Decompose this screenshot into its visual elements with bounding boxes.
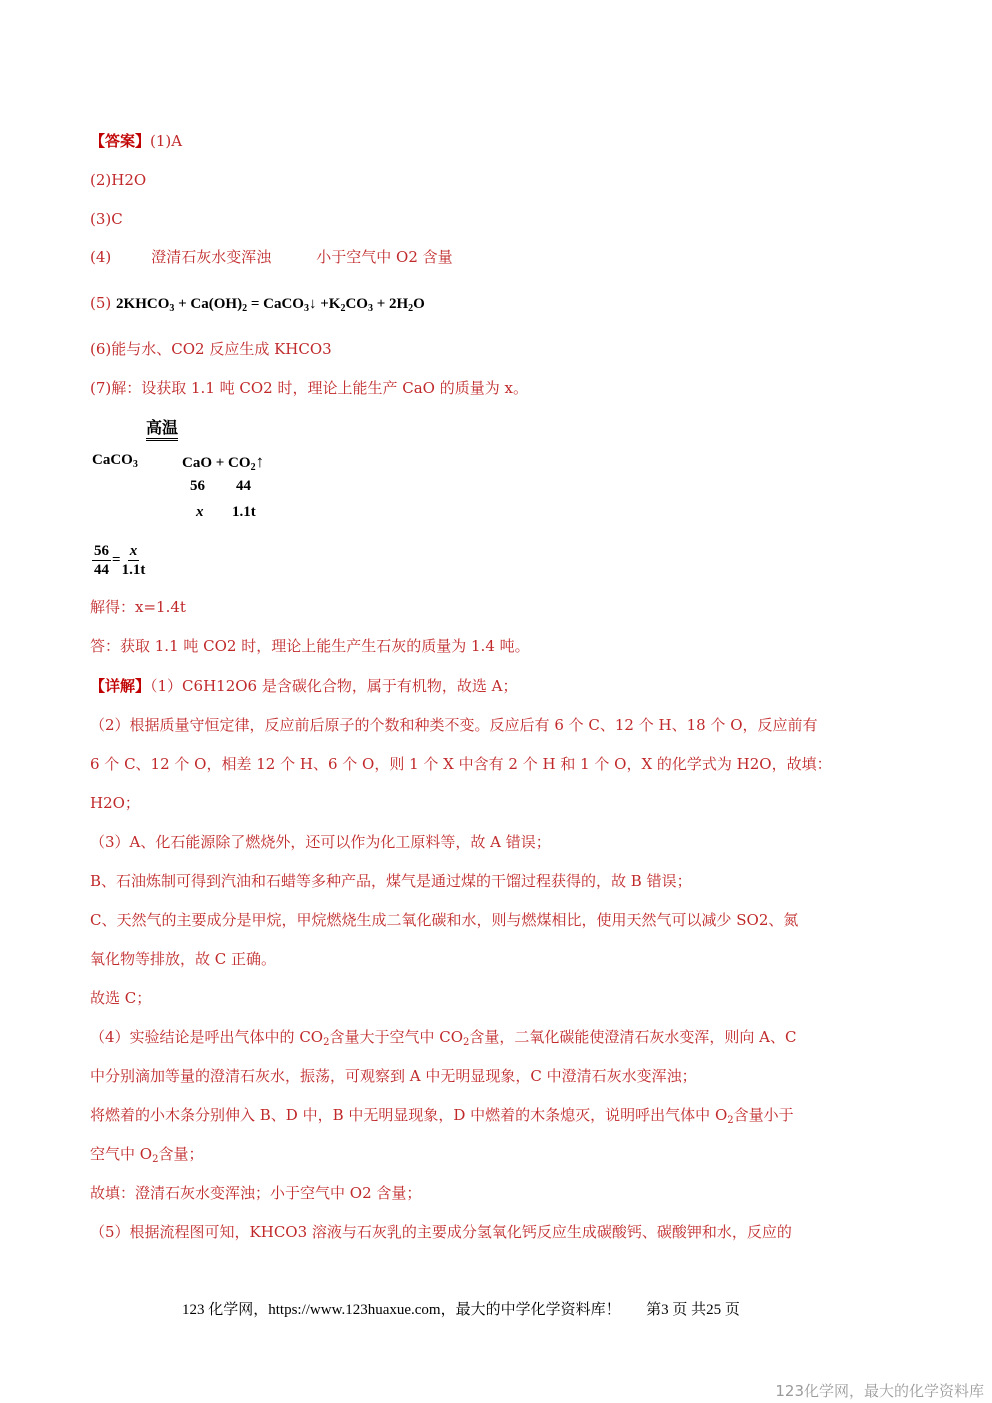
page-number: 第3 页 共25 页 [646,1302,740,1318]
molar-mass-cao: 56 [190,478,205,495]
unknown-x: x [196,504,204,521]
co2-mass: 1.1t [232,504,256,521]
detail-1: 【详解】（1）C6H12O6 是含碳化合物，属于有机物，故选 A； [90,676,517,696]
footer-text: 123 化学网，https://www.123huaxue.com，最大的中学化… [182,1302,621,1318]
detail-3-line4: 氧化物等排放，故 C 正确。 [90,949,276,969]
products: CaO + CO2↑ [182,452,264,473]
detail-4-line1: （4）实验结论是呼出气体中的 CO2含量大于空气中 CO2含量，二氧化碳能使澄清… [90,1027,796,1053]
answer-q2: (2)H2O [90,170,146,190]
detail-3-line3: C、天然气的主要成分是甲烷，甲烷燃烧生成二氧化碳和水，则与燃煤相比，使用天然气可… [90,910,798,930]
detail-4-line4: 空气中 O2含量； [90,1144,203,1170]
detail-2-line2: 6 个 C、12 个 O，相差 12 个 H、6 个 O，则 1 个 X 中含有… [90,754,832,774]
molar-mass-co2: 44 [236,478,251,495]
answer-q1: 【答案】(1)A [90,131,182,151]
detail-5-line1: （5）根据流程图可知，KHCO3 溶液与石灰乳的主要成分氢氧化钙反应生成碳酸钙、… [90,1222,792,1242]
answer-q6: (6)能与水、CO2 反应生成 KHCO3 [90,339,332,359]
detail-4-line2: 中分别滴加等量的澄清石灰水，振荡，可观察到 A 中无明显现象，C 中澄清石灰水变… [90,1066,697,1086]
detail-4-line3: 将燃着的小木条分别伸入 B、D 中，B 中无明显现象，D 中燃着的木条熄灭，说明… [90,1105,794,1131]
detail-3-line5: 故选 C； [90,988,151,1008]
detail-3-line1: （3）A、化石能源除了燃烧外，还可以作为化工原料等，故 A 错误； [90,832,551,852]
chemical-equation: 2KHCO3 + Ca(OH)2 = CaCO3↓ +K2CO3 + 2H2O [116,296,425,312]
answer-final: 答：获取 1.1 吨 CO2 时，理论上能生产生石灰的质量为 1.4 吨。 [90,636,530,656]
watermark: 123化学网，最大的化学资料库 [775,1380,984,1401]
detail-2-line3: H2O； [90,793,140,813]
up-arrow-icon: ↑ [256,452,265,471]
detail-4-fill: 故填：澄清石灰水变浑浊；小于空气中 O2 含量； [90,1183,421,1203]
reactant: CaCO3 [92,452,138,470]
reaction-condition: 高温 [146,420,178,441]
answer-q5-equation: (5) 2KHCO3 + Ca(OH)2 = CaCO3↓ +K2CO3 + 2… [90,293,425,319]
answer-q4: (4)澄清石灰水变浑浊小于空气中 O2 含量 [90,247,453,267]
detail-2-line1: （2）根据质量守恒定律，反应前后原子的个数和种类不变。反应后有 6 个 C、12… [90,715,818,735]
answer-q3: (3)C [90,209,123,229]
detail-label: 【详解】 [90,677,150,695]
answer-solve: 解得：x=1.4t [90,597,186,617]
page-footer: 123 化学网，https://www.123huaxue.com，最大的中学化… [182,1298,740,1319]
detail-3-line2: B、石油炼制可得到汽油和石蜡等多种产品，煤气是通过煤的干馏过程获得的，故 B 错… [90,871,692,891]
proportion: 5644 = x1.1t [92,542,145,579]
answer-q7: (7)解：设获取 1.1 吨 CO2 时，理论上能生产 CaO 的质量为 x。 [90,378,528,398]
answer-label: 【答案】 [90,132,150,150]
